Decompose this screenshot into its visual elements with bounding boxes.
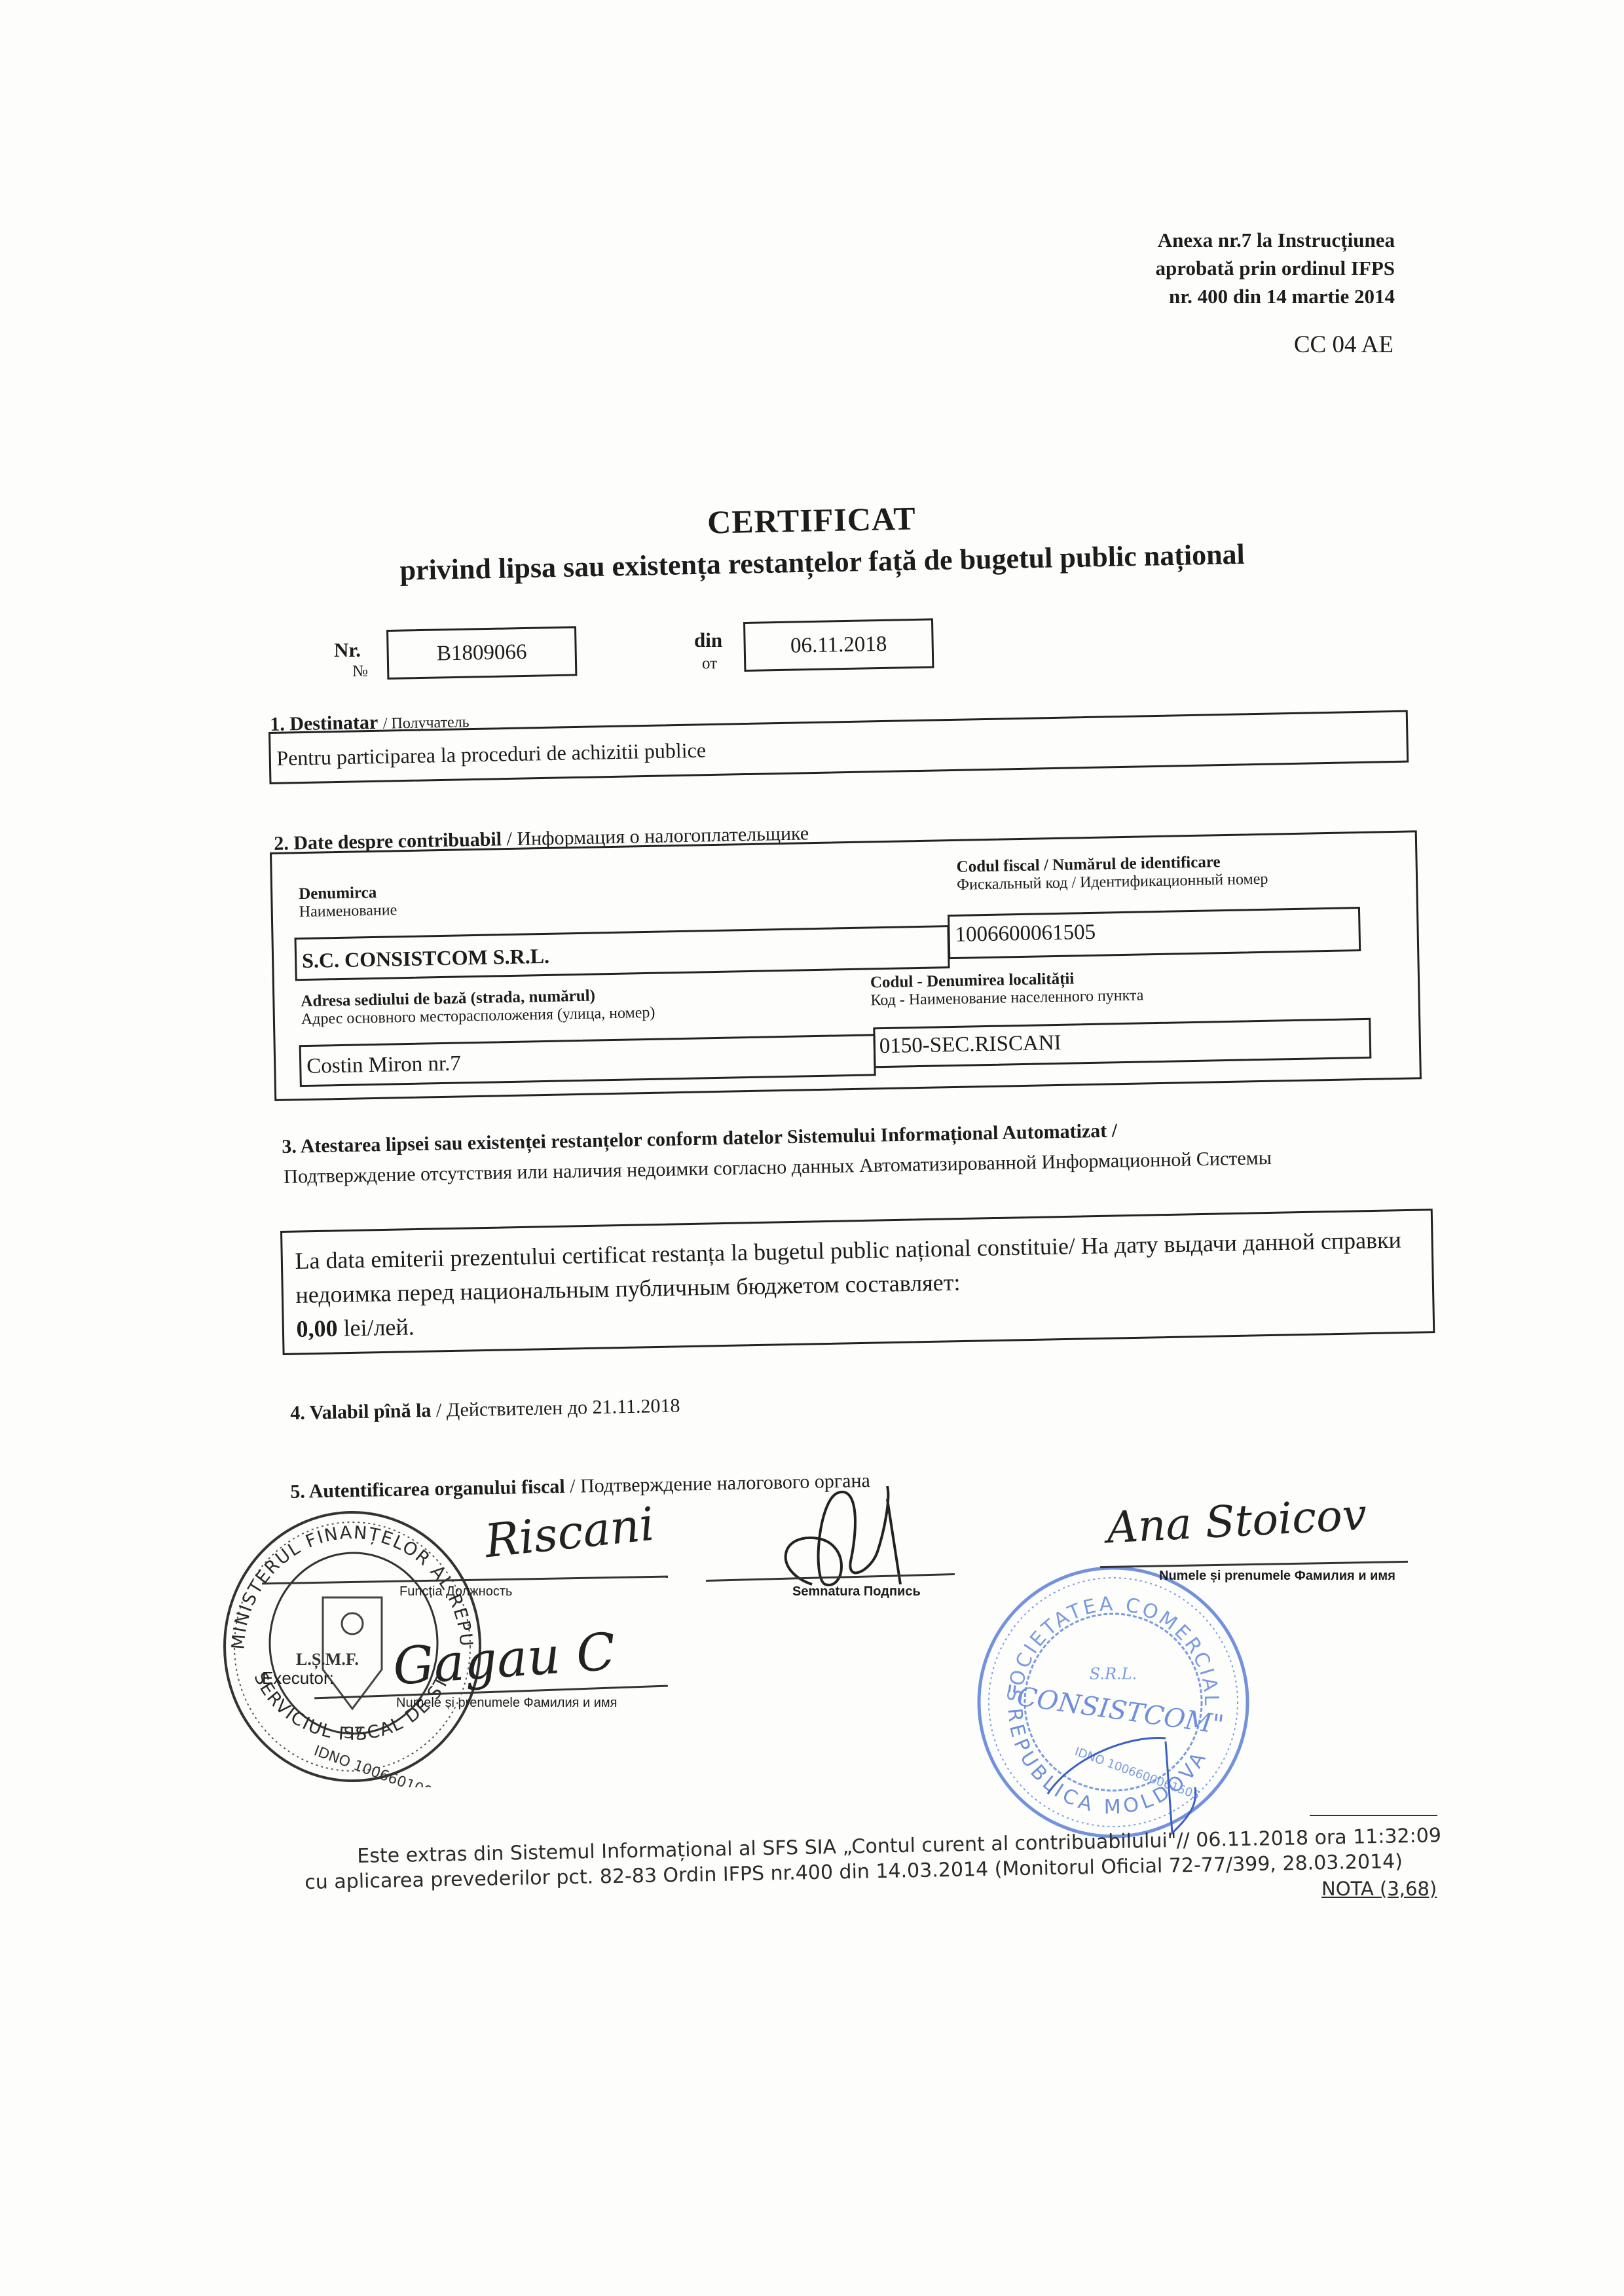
taxpayer-handwritten-name: Ana Stoicov	[1105, 1489, 1368, 1554]
debt-currency: lei/лей.	[343, 1314, 415, 1341]
section-5-title-ro: 5. Autentificarea organului fiscal	[290, 1476, 565, 1503]
section-4-validity: 4. Valabil pînă la / Действителен до 21.…	[290, 1395, 680, 1425]
number-label: Nr.	[334, 638, 361, 662]
svg-text:S.R.L.: S.R.L.	[1090, 1665, 1137, 1683]
date-label: din	[694, 629, 722, 652]
executor-name-label: Numele și prenumele Фамилия и имя	[396, 1696, 618, 1711]
company-name: S.C. CONSISTCOM S.R.L.	[302, 944, 550, 973]
function-label: Funcția Должность	[399, 1584, 512, 1599]
footer-nota: NOTA (3,68)	[1321, 1878, 1437, 1900]
taxpayer-name-label: Numele și prenumele Фамилия и имя	[1159, 1569, 1395, 1584]
stamp-placeholder-mark: L.Ș.M.F.	[296, 1650, 359, 1669]
company-stamp-icon: SOCIETATEA COMERCIALĂ REPUBLICA MOLDOVA …	[969, 1558, 1257, 1846]
fiscal-code-box: 1006600061505	[948, 907, 1361, 959]
executor-label: Executor:	[262, 1668, 334, 1688]
svg-text:"CONSISTCOM": "CONSISTCOM"	[1003, 1680, 1226, 1740]
annex-line-1: Anexa nr.7 la Instrucțiunea	[1156, 226, 1395, 254]
date-label-ru: от	[702, 655, 717, 673]
debt-amount: 0,00	[296, 1315, 338, 1342]
address-value: Costin Miron nr.7	[306, 1051, 461, 1079]
name-label-ru: Наименование	[299, 902, 397, 921]
certificate-number: B1809066	[386, 626, 577, 680]
function-handwritten: Riscani	[482, 1497, 657, 1569]
annex-reference: Anexa nr.7 la Instrucțiunea aprobată pri…	[1156, 226, 1395, 310]
debt-statement: La data emiterii prezentului certificat …	[295, 1222, 1416, 1346]
certificate-date: 06.11.2018	[743, 618, 934, 672]
footer-divider	[1310, 1815, 1437, 1816]
annex-line-2: aprobată prin ordinul IFPS	[1156, 254, 1395, 282]
address-value-box: Costin Miron nr.7	[299, 1034, 876, 1087]
validity-label-ro: 4. Valabil pînă la	[290, 1400, 432, 1424]
locality-value-box: 0150-SEC.RISCANI	[873, 1018, 1371, 1068]
signature-label: Semnatura Подпись	[792, 1584, 921, 1599]
annex-line-3: nr. 400 din 14 martie 2014	[1156, 282, 1395, 310]
locality-value: 0150-SEC.RISCANI	[879, 1031, 1061, 1059]
fiscal-code-value: 1006600061505	[955, 920, 1096, 947]
number-label-ru: №	[352, 663, 368, 681]
taxpayer-info-box: Denumirca Наименование Codul fiscal / Nu…	[270, 830, 1422, 1101]
document-title-block: CERTIFICAT privind lipsa sau existența r…	[0, 486, 1624, 595]
name-label-ro: Denumirca	[299, 883, 397, 903]
form-code: CC 04 AE	[1294, 331, 1393, 359]
validity-label-ru: / Действителен до 21.11.2018	[436, 1395, 680, 1421]
svg-text:S7: S7	[344, 1724, 364, 1742]
name-value-box: S.C. CONSISTCOM S.R.L.	[295, 925, 950, 981]
